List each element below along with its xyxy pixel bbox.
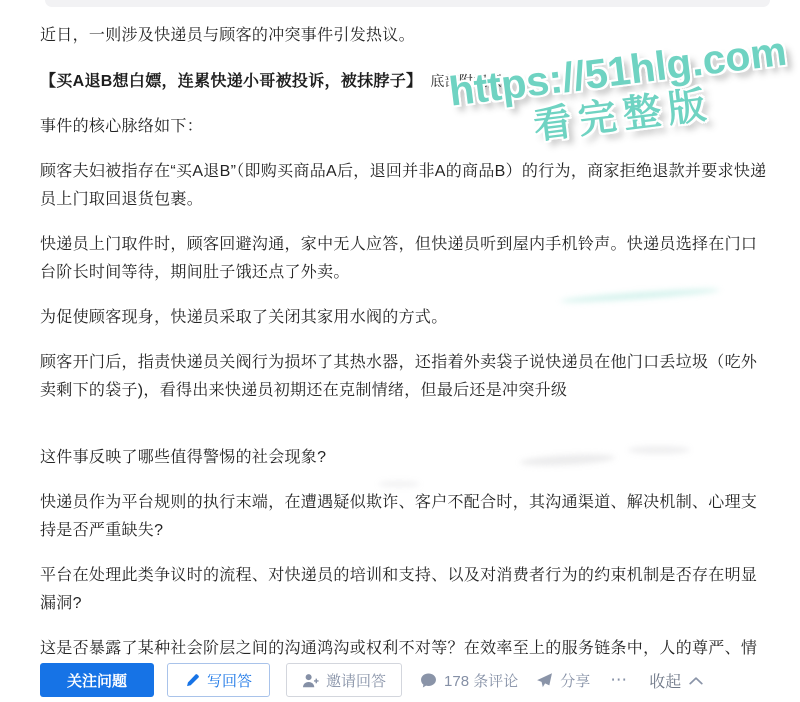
invite-answer-button[interactable]: 邀请回答 bbox=[286, 663, 402, 697]
collapse-answer-button[interactable]: 收起 bbox=[649, 669, 703, 692]
chevron-up-icon bbox=[689, 676, 703, 685]
collapsed-content-edge bbox=[45, 0, 770, 7]
collapse-label: 收起 bbox=[649, 669, 681, 692]
article-paragraph: 顾客开门后，指责快递员关阀行为损坏了其热水器，还指着外卖袋子说快递员在他门口丢垃… bbox=[40, 349, 770, 405]
share-button[interactable]: 分享 bbox=[536, 670, 590, 691]
pencil-icon bbox=[185, 673, 200, 688]
article-paragraph: 事件的核心脉络如下： bbox=[40, 113, 770, 141]
headline-video-note: 底部附视频 bbox=[430, 73, 502, 89]
comment-bubble-icon bbox=[420, 672, 437, 689]
article-headline: 【买A退B想白嫖，连累快递小哥被投诉，被抹脖子】底部附视频 bbox=[40, 67, 770, 96]
comments-button[interactable]: 178 条评论 bbox=[420, 670, 518, 691]
invite-answer-label: 邀请回答 bbox=[326, 670, 386, 691]
article-paragraph: 近日，一则涉及快递员与顾客的冲突事件引发热议。 bbox=[40, 22, 770, 50]
follow-question-label: 关注问题 bbox=[67, 670, 127, 691]
article-paragraph: 顾客夫妇被指存在“买A退B”（即购买商品A后，退回并非A的商品B）的行为，商家拒… bbox=[40, 158, 770, 214]
paper-plane-icon bbox=[536, 672, 553, 689]
answer-body: 近日，一则涉及快递员与顾客的冲突事件引发热议。 【买A退B想白嫖，连累快递小哥被… bbox=[40, 22, 770, 680]
article-paragraph: 快递员上门取件时，顾客回避沟通，家中无人应答，但快递员听到屋内手机铃声。快递员选… bbox=[40, 231, 770, 287]
answer-action-toolbar: 关注问题 写回答 邀请回答 178 条评论 分享 ⋯ bbox=[0, 658, 800, 702]
headline-bold-text: 【买A退B想白嫖，连累快递小哥被投诉，被抹脖子】 bbox=[40, 73, 422, 90]
write-answer-button[interactable]: 写回答 bbox=[167, 663, 270, 697]
share-label: 分享 bbox=[560, 670, 590, 691]
write-answer-label: 写回答 bbox=[207, 670, 252, 691]
article-paragraph: 为促使顾客现身，快递员采取了关闭其家用水阀的方式。 bbox=[40, 304, 770, 332]
follow-question-button[interactable]: 关注问题 bbox=[40, 663, 154, 697]
answer-page: 近日，一则涉及快递员与顾客的冲突事件引发热议。 【买A退B想白嫖，连累快递小哥被… bbox=[0, 0, 800, 702]
more-actions-button[interactable]: ⋯ bbox=[610, 670, 629, 690]
article-paragraph: 这件事反映了哪些值得警惕的社会现象? bbox=[40, 444, 770, 472]
article-paragraph: 快递员作为平台规则的执行末端，在遭遇疑似欺诈、客户不配合时，其沟通渠道、解决机制… bbox=[40, 489, 770, 545]
person-add-icon bbox=[302, 673, 319, 688]
comments-count-label: 178 条评论 bbox=[444, 670, 518, 691]
article-paragraph: 平台在处理此类争议时的流程、对快递员的培训和支持、以及对消费者行为的约束机制是否… bbox=[40, 562, 770, 618]
